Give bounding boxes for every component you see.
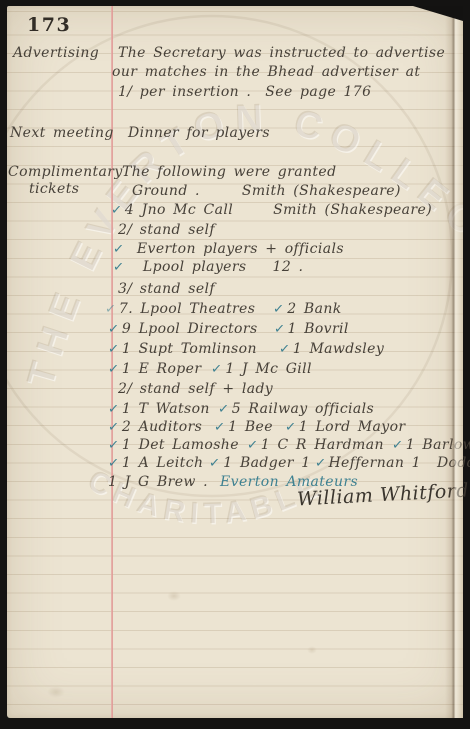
handwritten-text: 1 Badger 1 (223, 455, 310, 471)
page-fold-edge (445, 6, 463, 718)
handwritten-text: 9 Lpool Directors (122, 321, 258, 337)
tick-mark-icon: ✓ (112, 241, 124, 260)
handwritten-text: 1 J Mc Gill (225, 361, 312, 377)
ledger-line: ✓2 Auditors✓1 Bee✓1 Lord Mayor (108, 418, 406, 437)
ledger-line: ✓1 T Watson✓5 Railway officials (108, 400, 374, 419)
tick-mark-icon: ✓ (107, 321, 119, 340)
corner-shadow (413, 6, 463, 21)
page-number: 173 (27, 14, 71, 36)
ledger-line: Dinner for players (128, 124, 270, 142)
handwritten-text: 1 Bee (228, 419, 273, 435)
tick-mark-icon: ✓ (246, 437, 258, 456)
ledger-line: ✓4 Jno Mc CallSmith (Shakespeare) (111, 201, 432, 220)
ledger-line: ✓1 E Roper✓1 J Mc Gill (108, 360, 312, 379)
tick-mark-icon: ✓ (107, 437, 119, 456)
handwritten-text: 1 C R Hardman (261, 437, 384, 453)
scanned-minute-book-photo: THE EVERTON COLLECTION THE EVERTON COLLE… (0, 0, 470, 729)
ledger-line: The following were granted (122, 163, 336, 181)
handwritten-text: The Secretary was instructed to advertis… (118, 45, 445, 61)
margin-note-complimentary: Complimentary (8, 164, 123, 180)
ledger-line: The Secretary was instructed to advertis… (118, 44, 445, 62)
tick-mark-icon: ✓ (107, 419, 119, 438)
handwritten-text: 1 Mawdsley (293, 341, 384, 357)
tick-mark-icon: ✓ (278, 341, 290, 360)
tick-mark-icon: ✓ (107, 341, 119, 360)
handwritten-text: 1 E Roper (122, 361, 202, 377)
ledger-line: ✓7. Lpool Theatres✓2 Bank (105, 300, 342, 319)
handwritten-text: 2/ stand self (118, 222, 215, 238)
ledger-line: our matches in the Bhead advertiser at (112, 63, 420, 81)
tick-mark-icon: ✓ (214, 419, 226, 438)
ledger-line: 1/ per insertion .See page 176 (118, 83, 371, 101)
paper-stain (167, 591, 181, 601)
ledger-line: ✓1 A Leitch✓1 Badger 1✓Heffernan 1Dodd (108, 454, 470, 473)
ledger-line: ✓1 Supt Tomlinson✓1 Mawdsley (108, 340, 384, 359)
ledger-line: Ground .Smith (Shakespeare) (132, 182, 401, 200)
handwritten-text: 1/ per insertion . (118, 84, 251, 100)
ledger-line: ✓1 Det Lamoshe✓1 C R Hardman✓1 Barlow Jn… (108, 436, 470, 455)
handwritten-text: Everton players + officials (137, 241, 344, 257)
handwritten-text: 12 . (273, 259, 304, 275)
handwritten-text: 1 T Watson (122, 401, 210, 417)
handwritten-text: 2 Auditors (122, 419, 202, 435)
handwritten-text: 1 Det Lamoshe (122, 437, 239, 453)
handwritten-text: 1 Lord Mayor (299, 419, 406, 435)
handwritten-text: 7. Lpool Theatres (119, 301, 255, 317)
handwritten-text: 3/ stand self (118, 281, 215, 297)
ledger-line: 3/ stand self (118, 280, 215, 298)
handwritten-text: 1 Bovril (287, 321, 348, 337)
handwritten-text: Smith (Shakespeare) (242, 183, 401, 199)
handwritten-text: Ground . (132, 183, 200, 199)
tick-mark-icon: ✓ (284, 419, 296, 438)
ledger-line: 2/ stand self (118, 221, 215, 239)
handwritten-text: Dinner for players (128, 125, 270, 141)
ledger-page: THE EVERTON COLLECTION THE EVERTON COLLE… (7, 6, 463, 718)
handwritten-text: Heffernan 1 (328, 455, 420, 471)
tick-mark-icon: ✓ (104, 301, 116, 320)
tick-mark-icon: ✓ (107, 401, 119, 420)
handwritten-text: 1 J G Brew . (108, 474, 208, 490)
tick-mark-icon: ✓ (273, 321, 285, 340)
handwritten-text: The following were granted (122, 164, 336, 180)
handwritten-text: 1 A Leitch (122, 455, 203, 471)
handwritten-text: 2/ stand self + lady (118, 381, 273, 397)
handwritten-text: 4 Jno Mc Call (125, 202, 233, 218)
ledger-line: ✓Everton players + officials (113, 240, 344, 259)
handwritten-text: 1 Supt Tomlinson (122, 341, 257, 357)
ledger-line: ✓9 Lpool Directors✓1 Bovril (108, 320, 349, 339)
tick-mark-icon: ✓ (107, 361, 119, 380)
tick-mark-icon: ✓ (107, 455, 119, 474)
handwritten-text: Lpool players (143, 259, 247, 275)
tick-mark-icon: ✓ (209, 455, 221, 474)
tick-mark-icon: ✓ (110, 202, 122, 221)
margin-note-advertising: Advertising (13, 45, 99, 61)
margin-note-next-meeting: Next meeting (10, 125, 114, 141)
margin-note-tickets: tickets (29, 181, 79, 197)
tick-mark-icon: ✓ (391, 437, 403, 456)
tick-mark-icon: ✓ (112, 259, 124, 278)
paper-stain (47, 686, 65, 698)
tick-mark-icon: ✓ (217, 401, 229, 420)
handwritten-text: Smith (Shakespeare) (273, 202, 432, 218)
paper-stain (307, 646, 317, 654)
ledger-line: ✓Lpool players12 . (113, 258, 303, 277)
handwritten-text: See page 176 (265, 84, 371, 100)
tick-mark-icon: ✓ (273, 301, 285, 320)
handwritten-text: our matches in the Bhead advertiser at (112, 64, 420, 80)
tick-mark-icon: ✓ (314, 455, 326, 474)
handwritten-text: 5 Railway officials (232, 401, 374, 417)
handwritten-text: 2 Bank (287, 301, 341, 317)
ledger-line: 2/ stand self + lady (118, 380, 273, 398)
tick-mark-icon: ✓ (211, 361, 223, 380)
